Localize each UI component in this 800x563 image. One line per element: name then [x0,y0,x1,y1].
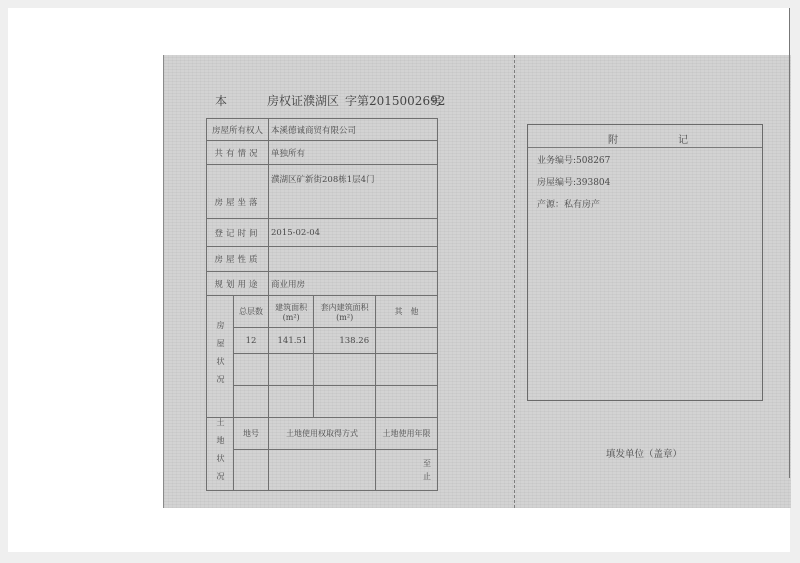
method-header: 土地使用权取得方式 [269,418,376,450]
nature-value [269,247,438,272]
issuer-stamp-label: 填发单位（盖章） [606,446,682,460]
annex-source: 产源：私有房产 [537,197,600,210]
annex-panel: 附 记 业务编号:508267 房屋编号:393804 产源：私有房产 [527,124,763,401]
usage-value: 商业用房 [269,272,438,296]
term-to: 至 [423,459,431,468]
house-status-header: 房屋状况 总层数 建筑面积(m²) 套内建筑面积(m²) 其 他 [207,296,438,328]
location-value: 濮湖区矿新街208栋1层4门 [269,165,438,219]
row-co-ownership: 共有情况 单独所有 [207,141,438,165]
method-value [269,449,376,490]
row-nature: 房屋性质 [207,247,438,272]
other-header: 其 他 [376,296,438,328]
row-location: 房屋坐落 濮湖区矿新街208栋1层4门 [207,165,438,219]
empty-cell [234,386,269,418]
owner-value: 本溪德诚商贸有限公司 [269,119,438,141]
lot-header: 地号 [234,418,269,450]
other-value [376,328,438,354]
area-value: 141.51 [269,328,314,354]
house-status-empty-row [207,386,438,418]
floors-header: 总层数 [234,296,269,328]
cert-suffix: 号 [430,92,442,109]
cert-title: 房权证濮湖区 [267,92,339,109]
lot-value [234,449,269,490]
co-ownership-value: 单独所有 [269,141,438,165]
empty-cell [376,386,438,418]
floors-value: 12 [234,328,269,354]
empty-cell [314,354,376,386]
term-end: 止 [423,472,431,481]
owner-label: 房屋所有权人 [207,119,269,141]
term-value: 至 止 [376,449,438,490]
area-header-text: 建筑面积 [275,303,307,312]
term-header: 土地使用年限 [376,418,438,450]
house-status-section-label: 房屋状况 [207,296,234,418]
property-table: 房屋所有权人 本溪德诚商贸有限公司 共有情况 单独所有 房屋坐落 濮湖区矿新街2… [206,118,438,491]
house-status-record: 12 141.51 138.26 [207,328,438,354]
annex-title-left: 附 [608,131,618,146]
annex-business-no: 业务编号:508267 [537,153,610,166]
cert-prefix: 本 [215,92,227,109]
row-owner: 房屋所有权人 本溪德诚商贸有限公司 [207,119,438,141]
inner-area-header-text: 套内建筑面积 [321,303,369,312]
nature-label: 房屋性质 [207,247,269,272]
land-status-record: 至 止 [207,449,438,490]
annex-house-no: 房屋编号:393804 [537,175,610,188]
empty-cell [234,354,269,386]
page-fold-line [514,55,515,508]
usage-label: 规划用途 [207,272,269,296]
annex-header: 附 记 [528,125,762,148]
house-status-empty-row [207,354,438,386]
area-header-unit: (m²) [283,313,300,322]
inner-area-header-unit: (m²) [336,313,353,322]
empty-cell [314,386,376,418]
reg-date-value: 2015-02-04 [269,219,438,247]
area-header: 建筑面积(m²) [269,296,314,328]
empty-cell [269,354,314,386]
row-usage: 规划用途 商业用房 [207,272,438,296]
location-label: 房屋坐落 [207,165,269,219]
inner-area-value: 138.26 [314,328,376,354]
annex-title-right: 记 [678,131,688,146]
empty-cell [269,386,314,418]
land-status-header: 土地状况 地号 土地使用权取得方式 土地使用年限 [207,418,438,450]
sheet-edge [789,8,790,478]
inner-area-header: 套内建筑面积(m²) [314,296,376,328]
co-ownership-label: 共有情况 [207,141,269,165]
land-status-section-label: 土地状况 [207,418,234,491]
reg-date-label: 登记时间 [207,219,269,247]
empty-cell [376,354,438,386]
row-reg-date: 登记时间 2015-02-04 [207,219,438,247]
